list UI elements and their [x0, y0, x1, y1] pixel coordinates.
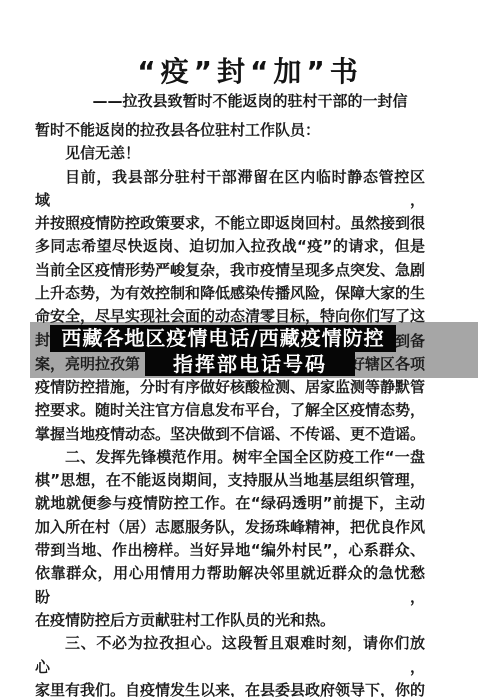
covered-line-left-fragment: 案，亮明拉孜第	[35, 353, 140, 376]
document-line: 在疫情防控后方贡献驻村工作队员的光和热。	[35, 609, 425, 632]
document-line: 家里有我们。自疫情发生以来，在县委县政府领导下，你的	[35, 679, 425, 697]
page-title: “疫”封“加”书	[0, 50, 500, 90]
caption-line-1: 西藏各地区疫情电话/西藏疫情防控	[50, 325, 396, 352]
document-line: 并按照疫情防控政策要求，不能立即返岗回村。虽然接到很	[35, 212, 425, 235]
document-line: 当前全区疫情形势严峻复杂，我市疫情呈现多点突发、急剧	[35, 259, 425, 282]
document-line: 棋”思想，在不能返岗期间，支持服从当地基层组织管理，	[35, 469, 425, 492]
page-subtitle: ——拉孜县致暂时不能返岗的驻村干部的一封信	[0, 90, 500, 111]
document-line: 依靠群众，用心用情用力帮助解决邻里就近群众的急忧愁盼，	[35, 562, 425, 609]
letter-body-lower: 疫情防控措施，分时有序做好核酸检测、居家监测等静默管控要求。随时关注官方信息发布…	[35, 376, 425, 697]
document-line: 目前，我县部分驻村干部滞留在区内临时静态管控区域，	[35, 166, 425, 213]
document-line: 见信无恙！	[35, 142, 425, 165]
document-line: 控要求。随时关注官方信息发布平台，了解全区疫情态势，	[35, 399, 425, 422]
document-line: 掌握当地疫情动态。坚决做到不信谣、不传谣、更不造谣。	[35, 423, 425, 446]
document-line: 二、发挥先锋模范作用。树牢全国全区防疫工作“一盘	[35, 446, 425, 469]
document-line: 三、不必为拉孜担心。这段暂且艰难时刻，请你们放心，	[35, 632, 425, 679]
scanned-letter-page: “疫”封“加”书 ——拉孜县致暂时不能返岗的驻村干部的一封信 暂时不能返岗的拉孜…	[0, 0, 500, 697]
document-line: 加入所在村（居）志愿服务队，发扬珠峰精神，把优良作风	[35, 516, 425, 539]
letter-body-upper: 暂时不能返岗的拉孜县各位驻村工作队员：见信无恙！目前，我县部分驻村干部滞留在区内…	[35, 119, 425, 352]
document-line: 多同志希望尽快返岗、迫切加入拉孜战“疫”的请求，但是	[35, 235, 425, 258]
document-line: 带到当地、作出榜样。当好异地“编外村民”，心系群众、	[35, 539, 425, 562]
document-line: 暂时不能返岗的拉孜县各位驻村工作队员：	[35, 119, 425, 142]
caption-line-2: 指挥部电话号码	[145, 352, 355, 376]
document-line: 疫情防控措施，分时有序做好核酸检测、居家监测等静默管	[35, 376, 425, 399]
document-line: 上升态势，为有效控制和降低感染传播风险，保障大家的生	[35, 282, 425, 305]
document-line: 就地就便参与疫情防控工作。在“绿码透明”前提下，主动	[35, 492, 425, 515]
